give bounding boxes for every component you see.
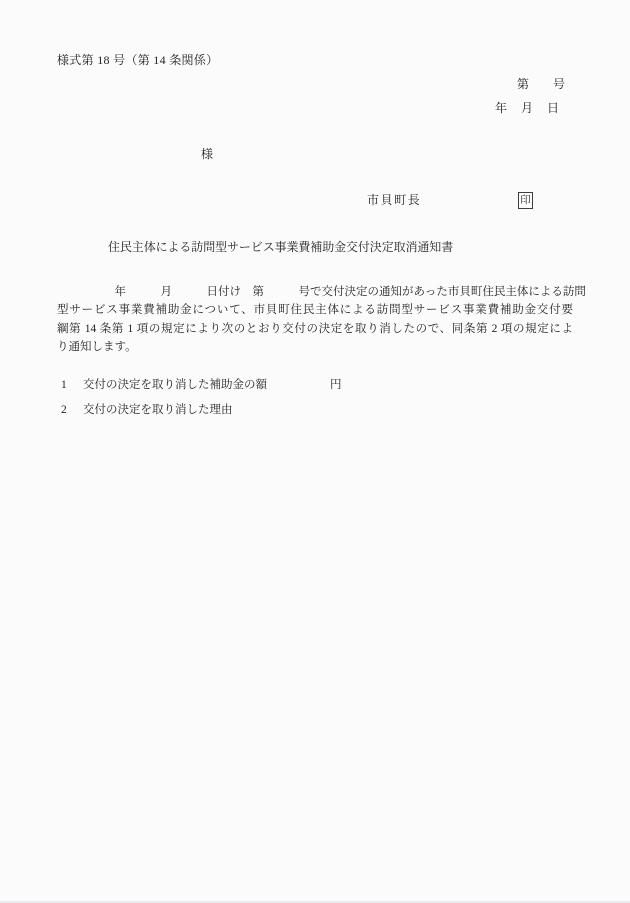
item-number: 2 — [57, 404, 83, 418]
sender-title: 市貝町長 — [367, 193, 421, 207]
issue-number-line: 第 号 — [517, 77, 565, 91]
document-title: 住民主体による訪問型サービス事業費補助金交付決定取消通知書 — [108, 240, 453, 254]
body-paragraph: 年 月 日付け 第 号で交付決定の通知があった市貝町住民主体による訪問 型サービ… — [57, 283, 573, 357]
body-line-4: り通知します。 — [57, 338, 573, 356]
item-number: 1 — [57, 379, 83, 393]
item-label: 交付の決定を取り消した補助金の額 — [83, 379, 267, 391]
addressee-honorific: 様 — [201, 147, 213, 161]
item-unit-yen: 円 — [330, 379, 342, 391]
seal-placeholder-box: 印 — [518, 192, 533, 209]
body-line-1: 年 月 日付け 第 号で交付決定の通知があった市貝町住民主体による訪問 — [57, 283, 573, 301]
seal-label: 印 — [520, 195, 531, 206]
form-number: 様式第 18 号（第 14 条関係） — [57, 53, 218, 67]
item-label: 交付の決定を取り消した理由 — [83, 404, 233, 416]
body-line-2: 型サービス事業費補助金について、市貝町住民主体による訪問型サービス事業費補助金交… — [57, 301, 573, 319]
list-item-cancelled-amount: 1交付の決定を取り消した補助金の額円 — [57, 379, 342, 393]
list-item-cancellation-reason: 2交付の決定を取り消した理由 — [57, 404, 233, 418]
document-page: 様式第 18 号（第 14 条関係） 第 号 年 月 日 様 市貝町長 印 住民… — [0, 0, 630, 903]
body-line-3: 綱第 14 条第 1 項の規定により次のとおり交付の決定を取り消したので、同条第… — [57, 320, 573, 338]
issue-date-line: 年 月 日 — [495, 101, 560, 115]
